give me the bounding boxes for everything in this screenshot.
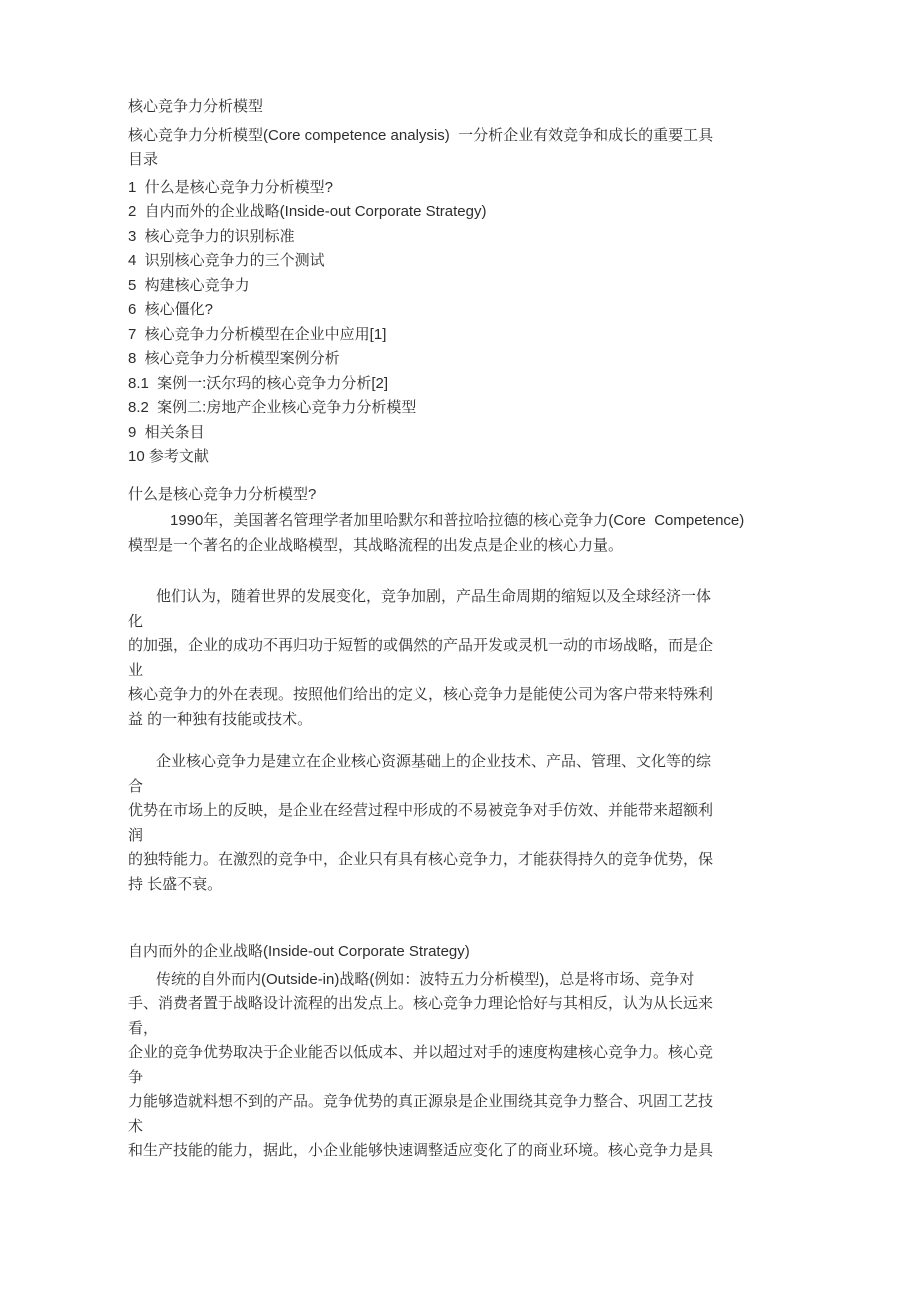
toc-item-7: 7 核心竞争力分析模型在企业中应用[1] xyxy=(128,323,795,348)
paragraph: 传统的自外而内(Outside-in)战略(例如：波特五力分析模型)，总是将市场… xyxy=(128,968,795,1164)
text-line: 的加强，企业的成功不再归功于短暂的或偶然的产品开发或灵机一动的市场战略，而是企 xyxy=(128,634,795,659)
text-line: 优势在市场上的反映，是企业在经营过程中形成的不易被竞争对手仿效、并能带来超额利 xyxy=(128,799,795,824)
toc-item-9: 9 相关条目 xyxy=(128,421,795,446)
document-page: 核心竞争力分析模型 核心竞争力分析模型(Core competence anal… xyxy=(0,0,920,1302)
table-of-contents: 1 什么是核心竞争力分析模型? 2 自内而外的企业战略(Inside-out C… xyxy=(128,176,795,470)
toc-item-8: 8 核心竞争力分析模型案例分析 xyxy=(128,347,795,372)
document-subtitle: 核心竞争力分析模型(Core competence analysis) 一分析企… xyxy=(128,124,795,149)
toc-item-5: 5 构建核心竞争力 xyxy=(128,274,795,299)
text-line: 持 长盛不衰。 xyxy=(128,873,795,898)
text-line: 化 xyxy=(128,610,795,635)
text-line: 企业核心竞争力是建立在企业核心资源基础上的企业技术、产品、管理、文化等的综 xyxy=(128,750,795,775)
toc-item-1: 1 什么是核心竞争力分析模型? xyxy=(128,176,795,201)
toc-item-4: 4 识别核心竞争力的三个测试 xyxy=(128,249,795,274)
text-line: 的独特能力。在激烈的竞争中，企业只有具有核心竞争力，才能获得持久的竞争优势，保 xyxy=(128,848,795,873)
text-line: 力能够造就料想不到的产品。竞争优势的真正源泉是企业围绕其竞争力整合、巩固工艺技 xyxy=(128,1090,795,1115)
text-line: 合 xyxy=(128,775,795,800)
page-title: 核心竞争力分析模型 xyxy=(128,95,795,120)
text-line: 核心竞争力的外在表现。按照他们给出的定义，核心竞争力是能使公司为客户带来特殊利 xyxy=(128,683,795,708)
text-line: 业 xyxy=(128,659,795,684)
toc-item-8-1: 8.1 案例一:沃尔玛的核心竞争力分析[2] xyxy=(128,372,795,397)
toc-heading: 目录 xyxy=(128,148,795,173)
text-line: 术 xyxy=(128,1115,795,1140)
text-line: 益 的一种独有技能或技术。 xyxy=(128,708,795,733)
toc-item-2: 2 自内而外的企业战略(Inside-out Corporate Strateg… xyxy=(128,200,795,225)
toc-item-6: 6 核心僵化? xyxy=(128,298,795,323)
paragraph: 企业核心竞争力是建立在企业核心资源基础上的企业技术、产品、管理、文化等的综 合 … xyxy=(128,750,795,897)
section-inside-out-strategy: 自内而外的企业战略(Inside-out Corporate Strategy)… xyxy=(128,940,795,1164)
text-line: 和生产技能的能力，据此，小企业能够快速调整适应变化了的商业环境。核心竞争力是具 xyxy=(128,1139,795,1164)
paragraph: 1990年，美国著名管理学者加里哈默尔和普拉哈拉德的核心竞争力(Core Com… xyxy=(128,509,795,558)
text-line: 争 xyxy=(128,1066,795,1091)
section-heading: 什么是核心竞争力分析模型? xyxy=(128,483,795,508)
paragraph: 他们认为，随着世界的发展变化，竞争加剧，产品生命周期的缩短以及全球经济一体 化 … xyxy=(128,585,795,732)
toc-item-10: 10 参考文献 xyxy=(128,445,795,470)
text-line: 润 xyxy=(128,824,795,849)
text-line: 企业的竞争优势取决于企业能否以低成本、并以超过对手的速度构建核心竞争力。核心竞 xyxy=(128,1041,795,1066)
section-what-is-core-competence-model: 什么是核心竞争力分析模型? 1990年，美国著名管理学者加里哈默尔和普拉哈拉德的… xyxy=(128,483,795,898)
text-line: 看， xyxy=(128,1017,795,1042)
toc-item-3: 3 核心竞争力的识别标准 xyxy=(128,225,795,250)
text-line: 传统的自外而内(Outside-in)战略(例如：波特五力分析模型)，总是将市场… xyxy=(128,968,795,993)
text-line: 他们认为，随着世界的发展变化，竞争加剧，产品生命周期的缩短以及全球经济一体 xyxy=(128,585,795,610)
toc-item-8-2: 8.2 案例二:房地产企业核心竞争力分析模型 xyxy=(128,396,795,421)
section-heading: 自内而外的企业战略(Inside-out Corporate Strategy) xyxy=(128,940,795,965)
text-line: 1990年，美国著名管理学者加里哈默尔和普拉哈拉德的核心竞争力(Core Com… xyxy=(128,509,795,534)
text-line: 手、消费者置于战略设计流程的出发点上。核心竞争力理论恰好与其相反，认为从长远来 xyxy=(128,992,795,1017)
text-line: 模型是一个著名的企业战略模型，其战略流程的出发点是企业的核心力量。 xyxy=(128,534,795,559)
